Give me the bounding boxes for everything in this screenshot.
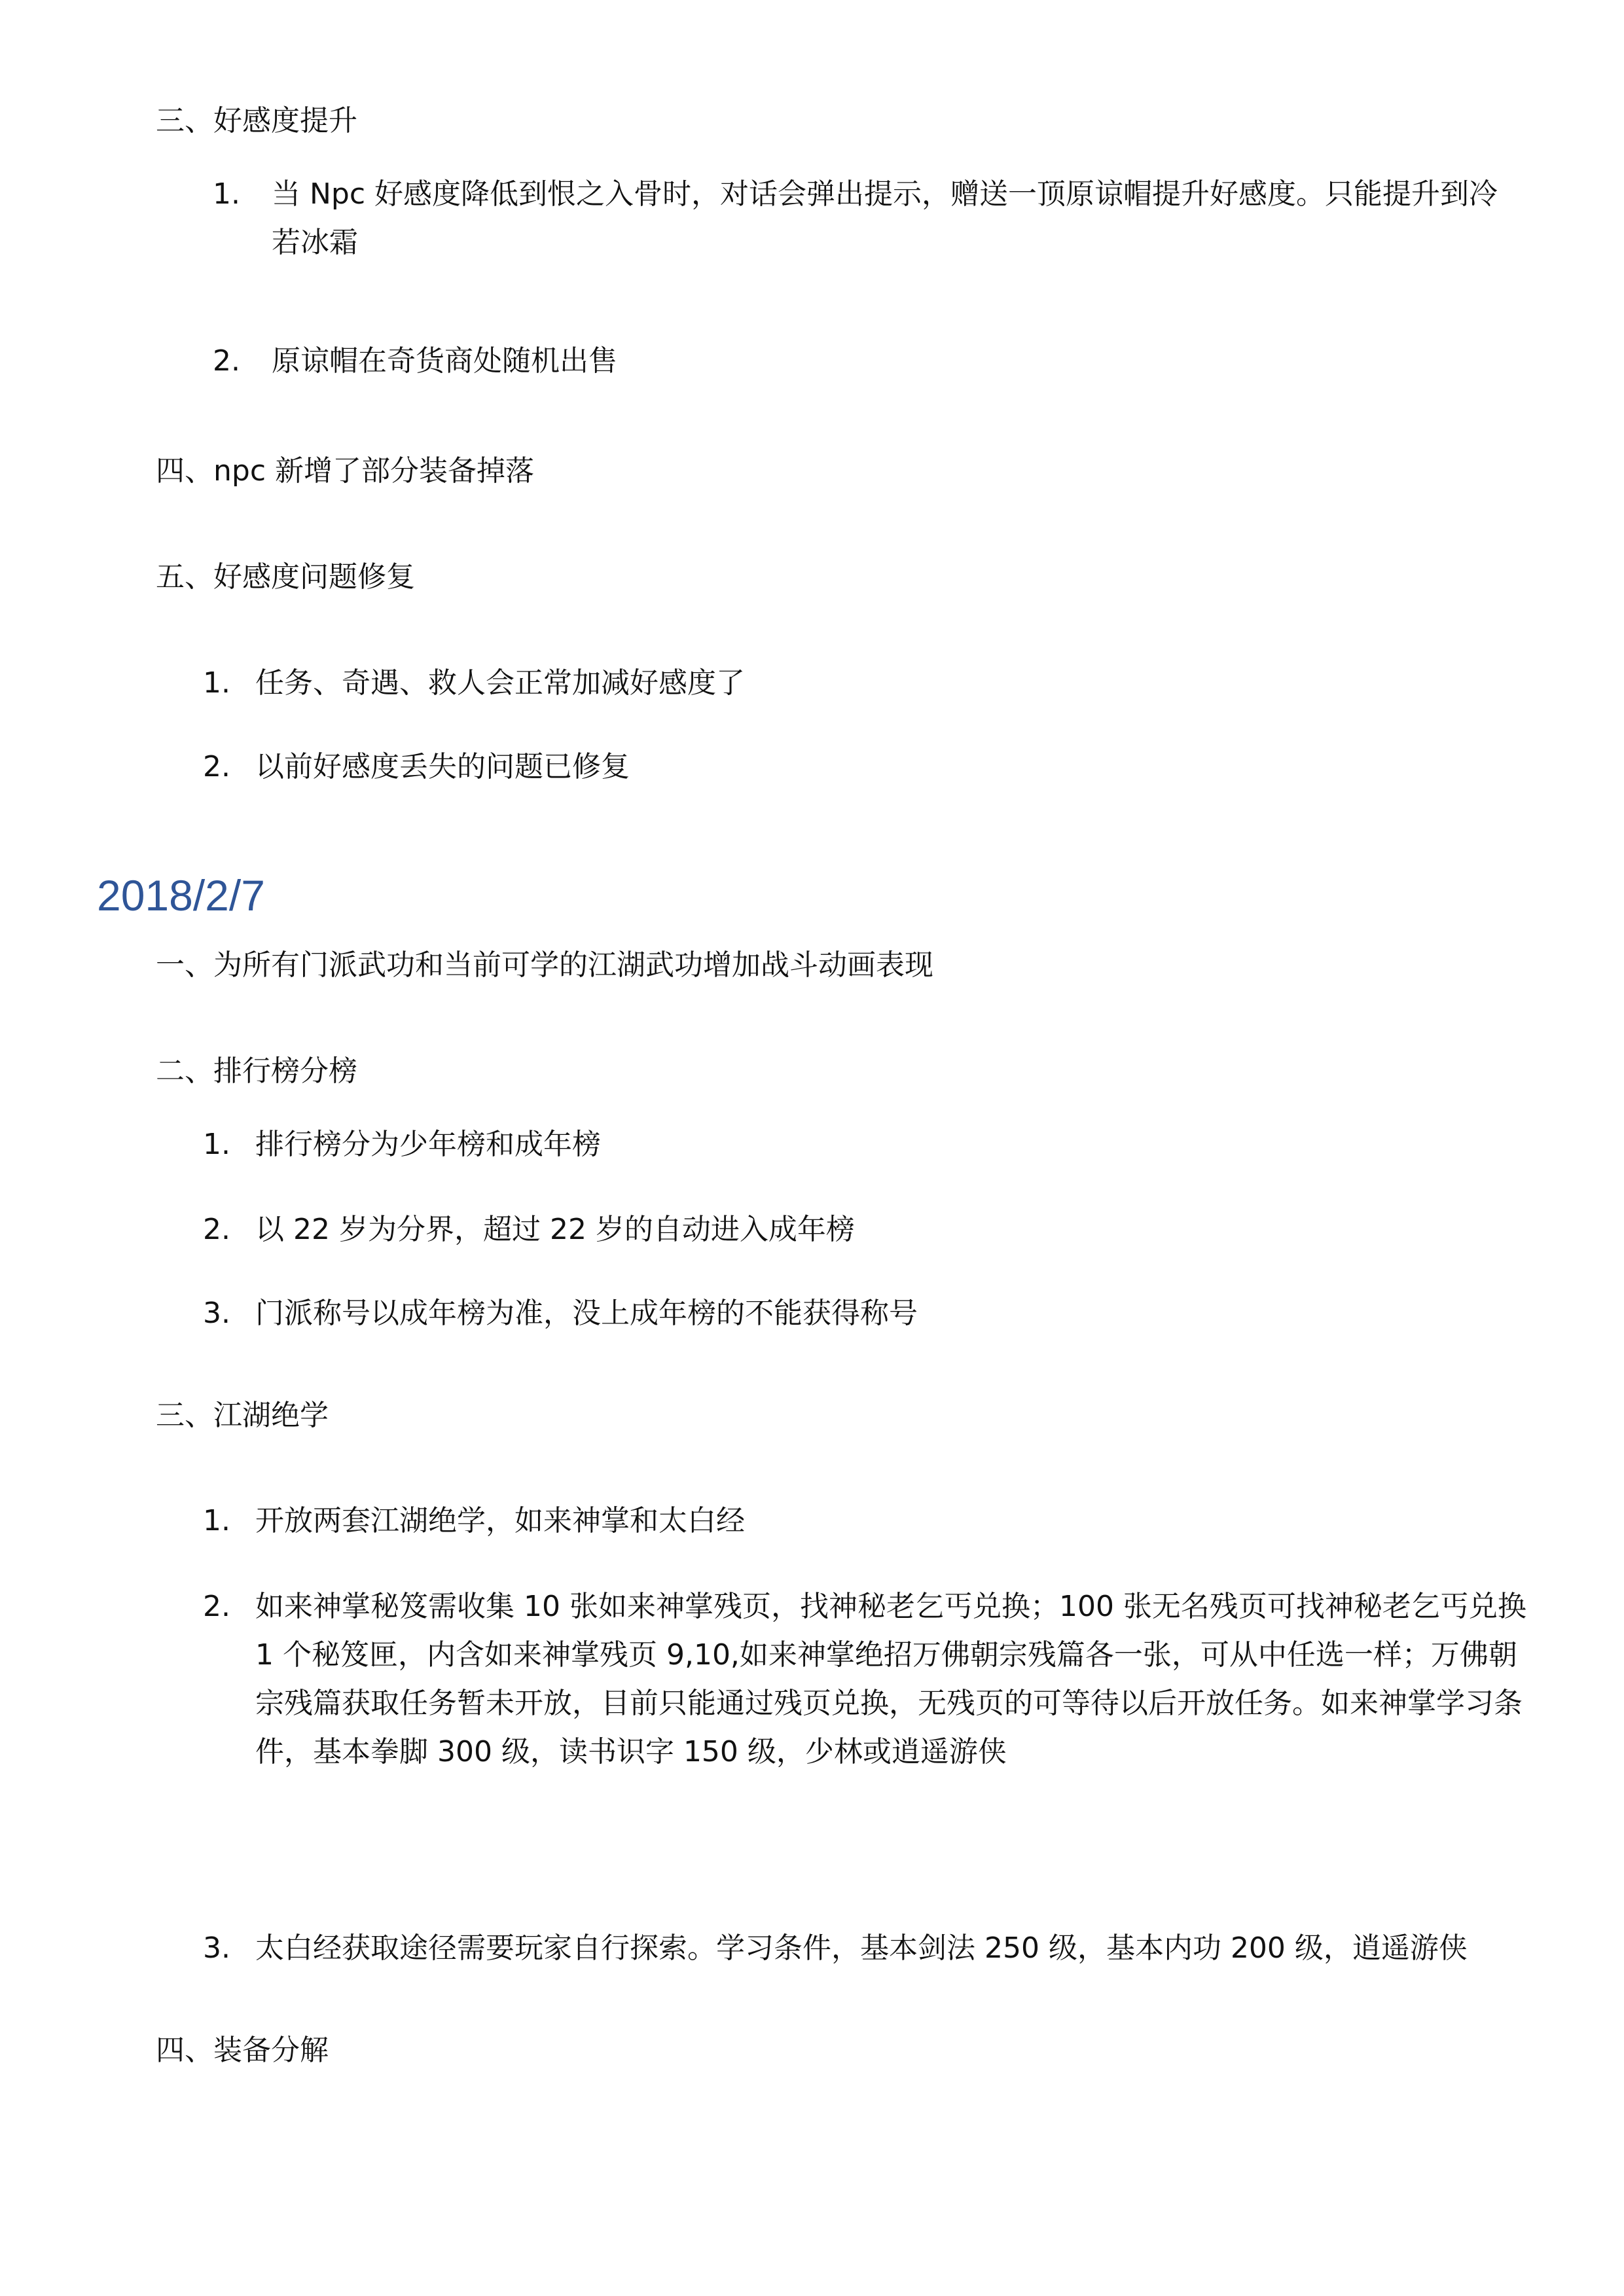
list-text: 任务、奇遇、救人会正常加减好感度了 (255, 659, 1499, 708)
list-number: 1. (203, 659, 230, 708)
list-text: 门派称号以成年榜为准，没上成年榜的不能获得称号 (255, 1289, 1499, 1338)
list-number: 1. (203, 1121, 230, 1169)
list-item: 2. 以 22 岁为分界，超过 22 岁的自动进入成年榜 (203, 1206, 1512, 1254)
list-item: 1. 排行榜分为少年榜和成年榜 (203, 1121, 1512, 1169)
section-heading-favorability-boost: 三、好感度提升 (156, 101, 357, 141)
list-item: 3. 太白经获取途径需要玩家自行探索。学习条件，基本剑法 250 级，基本内功 … (203, 1924, 1545, 1973)
section-heading-jianghu-skills: 三、江湖绝学 (156, 1396, 329, 1435)
section-heading-npc-drops: 四、npc 新增了部分装备掉落 (156, 452, 534, 491)
section-heading-equipment-decompose: 四、装备分解 (156, 2031, 329, 2070)
list-item: 3. 门派称号以成年榜为准，没上成年榜的不能获得称号 (203, 1289, 1512, 1338)
list-number: 1. (203, 1497, 230, 1545)
list-number: 2. (203, 1583, 230, 1631)
section-heading-combat-animations: 一、为所有门派武功和当前可学的江湖武功增加战斗动画表现 (156, 946, 933, 985)
list-item: 2. 原谅帽在奇货商处随机出售 (213, 337, 1522, 386)
list-item: 2. 以前好感度丢失的问题已修复 (203, 743, 1512, 791)
list-number: 3. (203, 1924, 230, 1973)
list-number: 3. (203, 1289, 230, 1338)
list-item: 1. 当 Npc 好感度降低到恨之入骨时，对话会弹出提示，赠送一顶原谅帽提升好感… (213, 170, 1522, 268)
list-number: 2. (213, 337, 240, 386)
section-heading-leaderboard-split: 二、排行榜分榜 (156, 1052, 357, 1091)
list-text: 当 Npc 好感度降低到恨之入骨时，对话会弹出提示，赠送一顶原谅帽提升好感度。只… (272, 170, 1515, 267)
list-text: 开放两套江湖绝学，如来神掌和太白经 (255, 1497, 1499, 1545)
date-heading: 2018/2/7 (97, 869, 265, 922)
list-text: 如来神掌秘笈需收集 10 张如来神掌残页，找神秘老乞丐兑换；100 张无名残页可… (255, 1583, 1538, 1776)
list-item: 1. 任务、奇遇、救人会正常加减好感度了 (203, 659, 1512, 708)
list-number: 2. (203, 1206, 230, 1254)
list-number: 2. (203, 743, 230, 791)
section-heading-favorability-fix: 五、好感度问题修复 (156, 558, 415, 597)
list-text: 排行榜分为少年榜和成年榜 (255, 1121, 1499, 1169)
list-number: 1. (213, 170, 240, 219)
list-item: 2. 如来神掌秘笈需收集 10 张如来神掌残页，找神秘老乞丐兑换；100 张无名… (203, 1583, 1545, 1779)
list-text: 以前好感度丢失的问题已修复 (255, 743, 1499, 791)
list-text: 原谅帽在奇货商处随机出售 (272, 337, 1515, 386)
list-item: 1. 开放两套江湖绝学，如来神掌和太白经 (203, 1497, 1512, 1545)
list-text: 以 22 岁为分界，超过 22 岁的自动进入成年榜 (255, 1206, 1499, 1254)
list-text: 太白经获取途径需要玩家自行探索。学习条件，基本剑法 250 级，基本内功 200… (255, 1924, 1538, 1973)
